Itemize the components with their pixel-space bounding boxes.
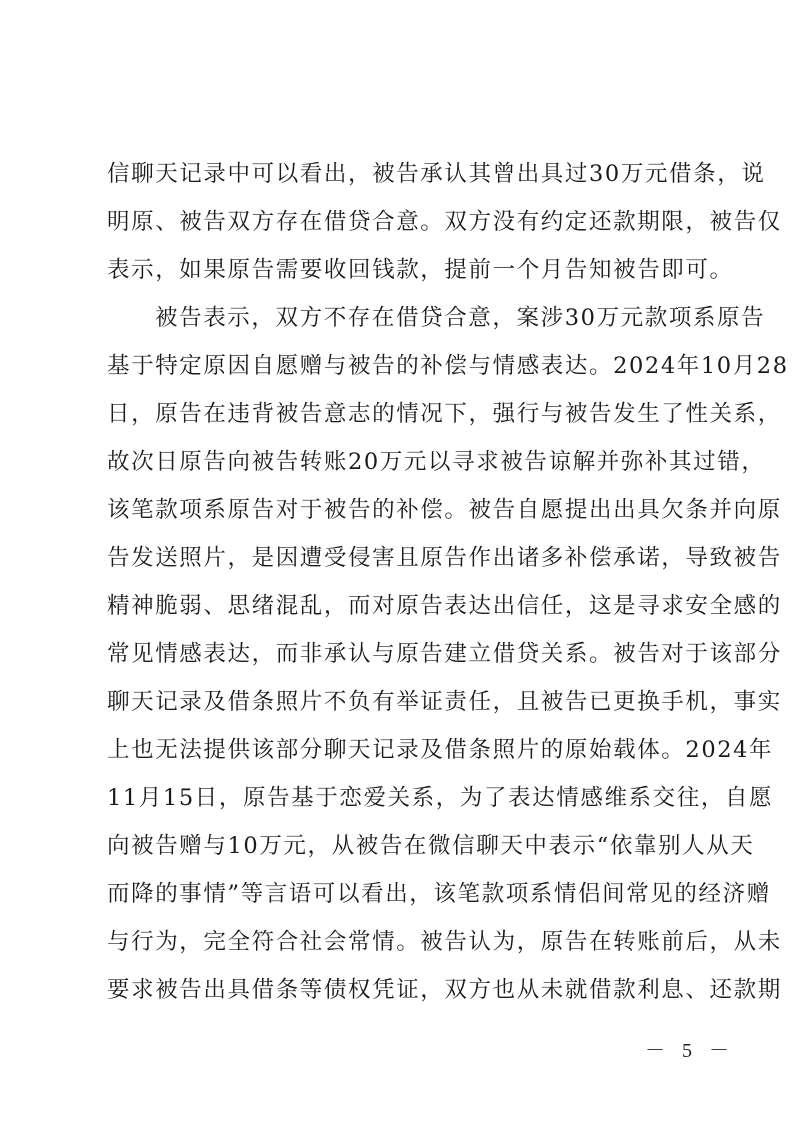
text-line: 上也无法提供该部分聊天记录及借条照片的原始载体。2024年	[107, 726, 701, 774]
text-line: 精神脆弱、思绪混乱，而对原告表达出信任，这是寻求安全感的	[107, 582, 701, 630]
document-page: 信聊天记录中可以看出，被告承认其曾出具过30万元借条，说 明原、被告双方存在借贷…	[0, 0, 800, 1131]
document-body: 信聊天记录中可以看出，被告承认其曾出具过30万元借条，说 明原、被告双方存在借贷…	[107, 150, 701, 1062]
text-line: 与行为，完全符合社会常情。被告认为，原告在转账前后，从未	[107, 918, 701, 966]
text-line: 日，原告在违背被告意志的情况下，强行与被告发生了性关系，	[107, 390, 701, 438]
text-line: 告发送照片，是因遭受侵害且原告作出诸多补偿承诺，导致被告	[107, 534, 701, 582]
text-line: 故次日原告向被告转账20万元以寻求被告谅解并弥补其过错，	[107, 438, 701, 486]
text-line: 聊天记录及借条照片不负有举证责任，且被告已更换手机，事实	[107, 678, 701, 726]
text-line: 被告表示，双方不存在借贷合意，案涉30万元款项系原告	[107, 294, 701, 342]
text-line	[107, 1014, 701, 1062]
paragraph-2: 被告表示，双方不存在借贷合意，案涉30万元款项系原告 基于特定原因自愿赠与被告的…	[107, 294, 701, 1062]
text-line: 基于特定原因自愿赠与被告的补偿与情感表达。2024年10月28	[107, 342, 701, 390]
text-line: 该笔款项系原告对于被告的补偿。被告自愿提出出具欠条并向原	[107, 486, 701, 534]
text-line: 表示，如果原告需要收回钱款，提前一个月告知被告即可。	[107, 246, 701, 294]
text-line: 11月15日，原告基于恋爱关系，为了表达情感维系交往，自愿	[107, 774, 701, 822]
text-line: 而降的事情”等言语可以看出，该笔款项系情侣间常见的经济赠	[107, 870, 701, 918]
text-line: 向被告赠与10万元，从被告在微信聊天中表示“依靠别人从天	[107, 822, 701, 870]
text-line: 常见情感表达，而非承认与原告建立借贷关系。被告对于该部分	[107, 630, 701, 678]
text-line: 要求被告出具借条等债权凭证，双方也从未就借款利息、还款期	[107, 966, 701, 1014]
text-line: 明原、被告双方存在借贷合意。双方没有约定还款期限，被告仅	[107, 198, 701, 246]
paragraph-1: 信聊天记录中可以看出，被告承认其曾出具过30万元借条，说 明原、被告双方存在借贷…	[107, 150, 701, 294]
page-number: － 5 －	[645, 1034, 735, 1063]
text-line: 信聊天记录中可以看出，被告承认其曾出具过30万元借条，说	[107, 150, 701, 198]
